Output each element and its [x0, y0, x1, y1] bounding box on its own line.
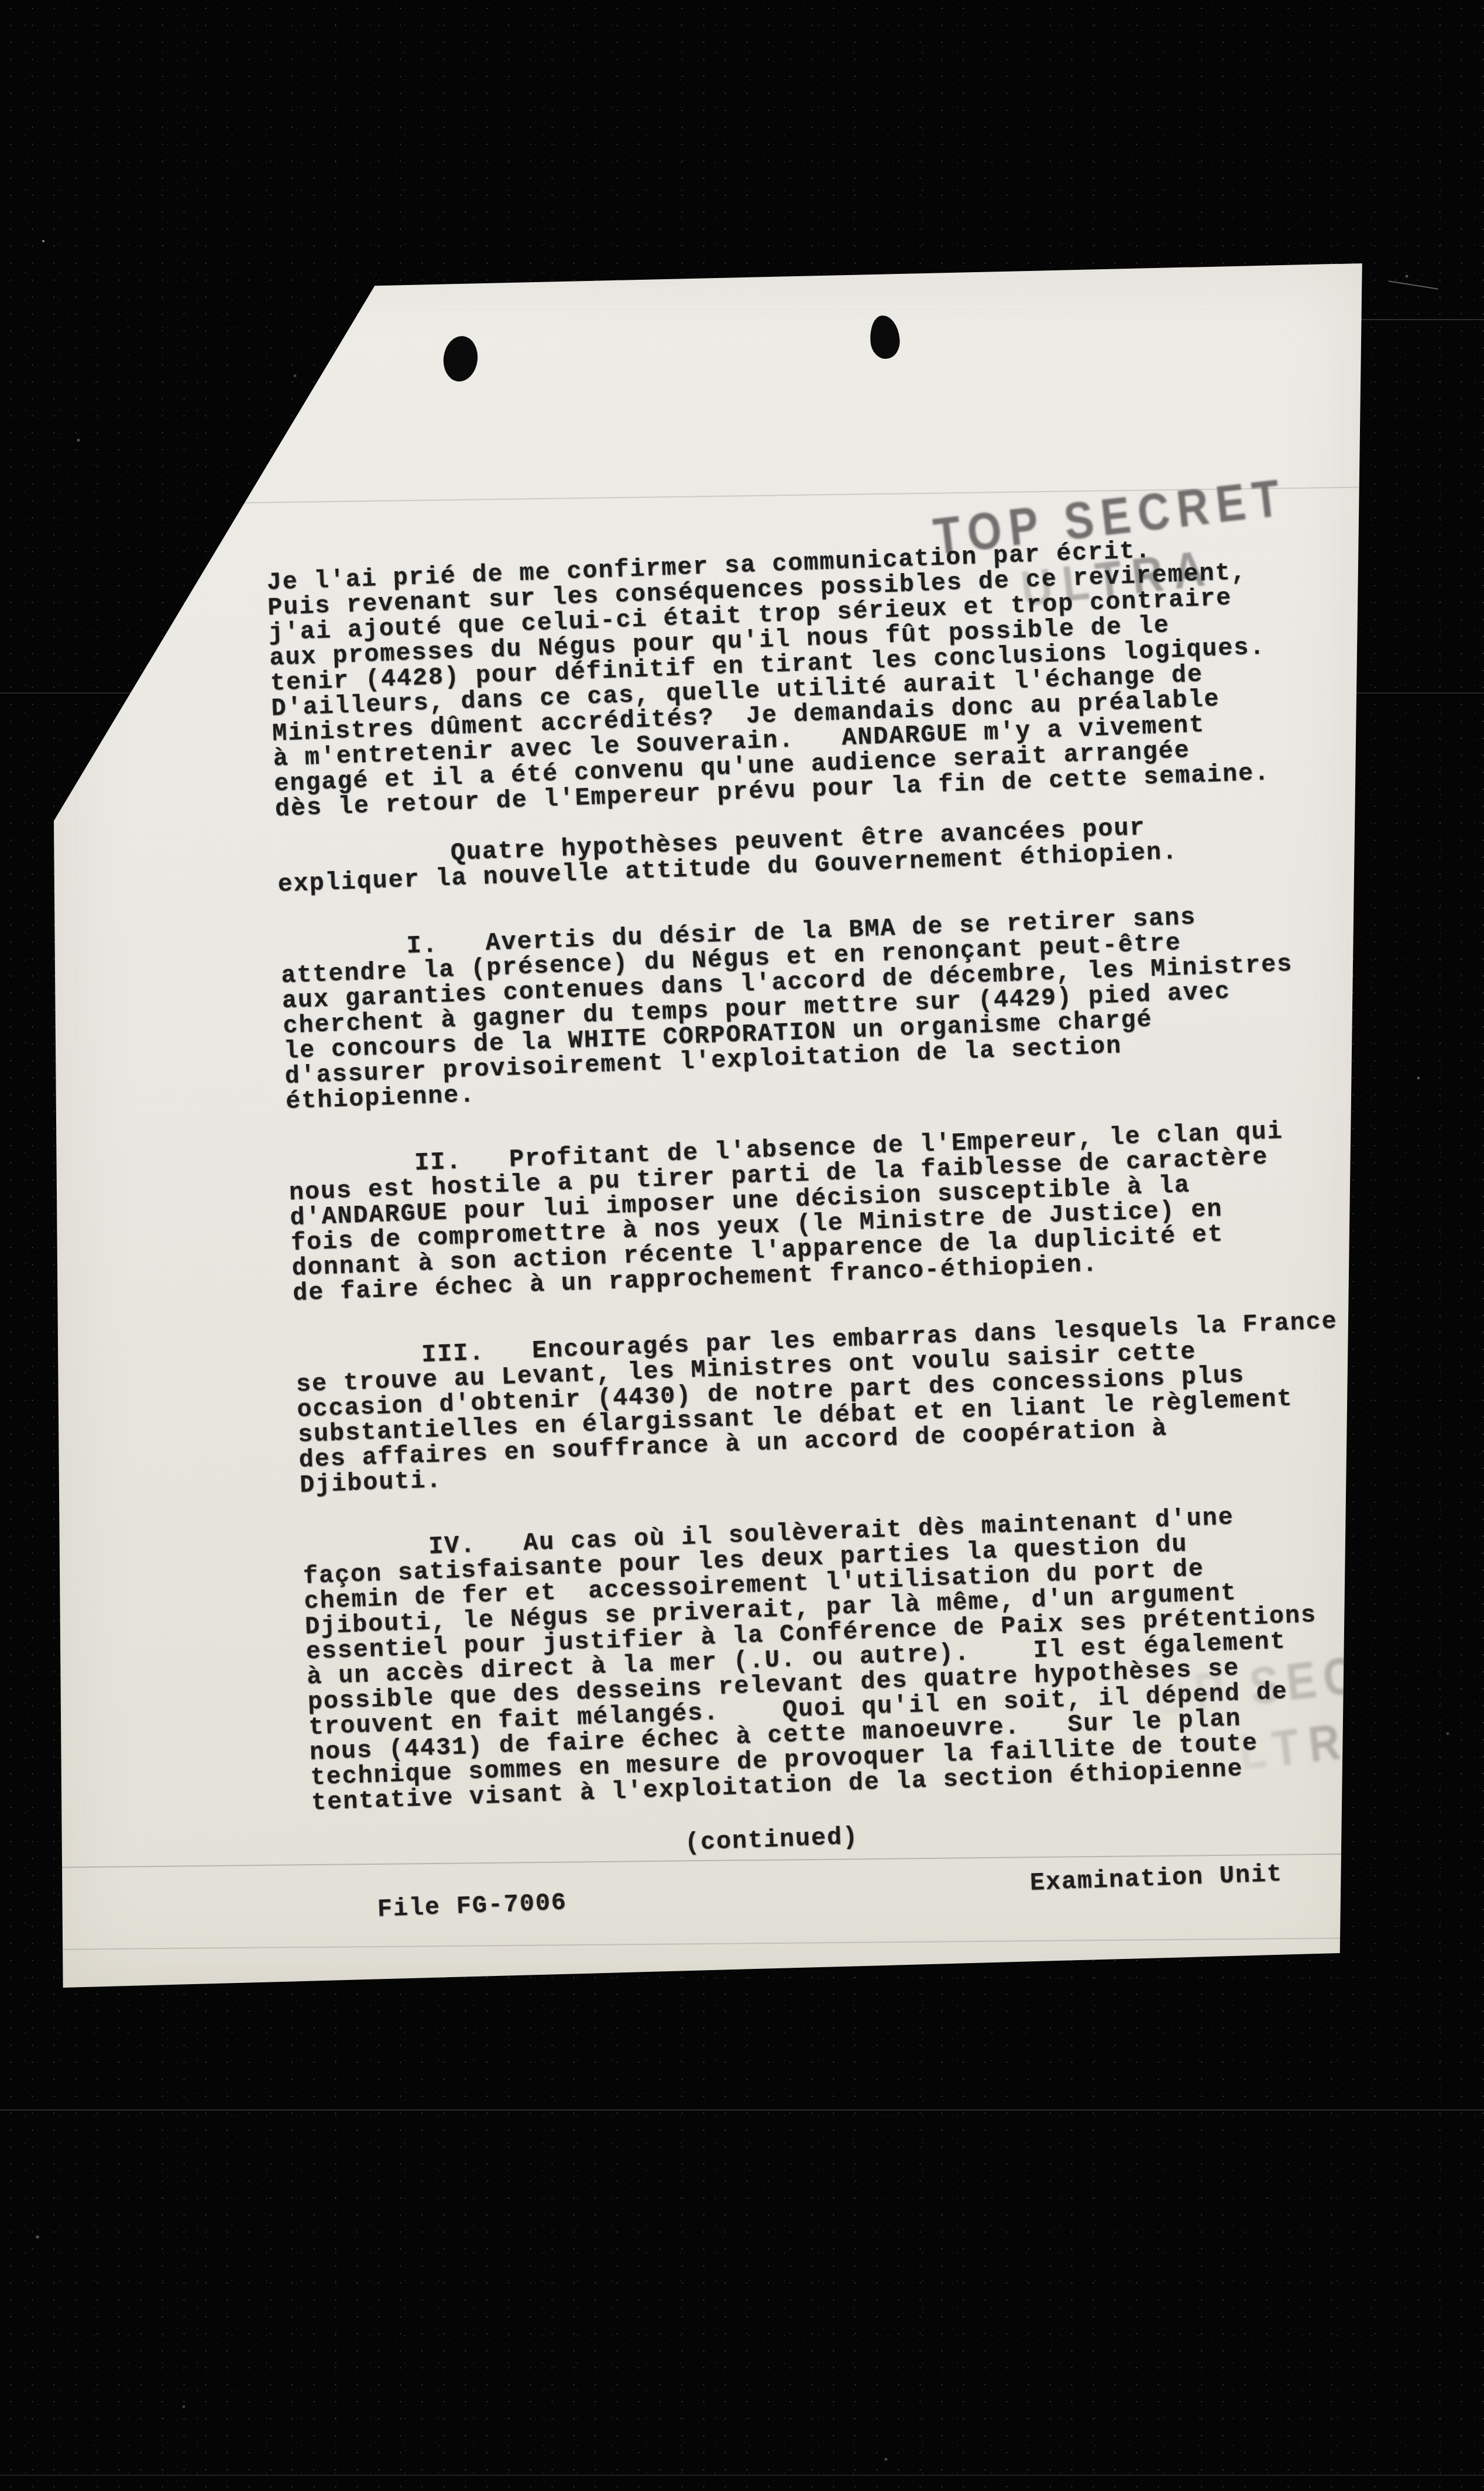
paragraph: III. Encouragés par les embarras dans le…: [295, 1308, 1365, 1498]
scanned-document-screenshot: { "colors": { "background": "#050505", "…: [0, 0, 1484, 2491]
scan-streak: [1343, 319, 1484, 320]
punch-hole-left: [441, 334, 480, 383]
typed-text-block: Je l'ai prié de me confirmer sa communic…: [266, 531, 1376, 1816]
file-number-label: File FG-7006: [377, 1890, 567, 1923]
paper-crease: [54, 1937, 1363, 1950]
scan-streak: [0, 2475, 1484, 2476]
paragraph: Je l'ai prié de me confirmer sa communic…: [266, 531, 1340, 822]
scan-streak: [0, 2109, 1484, 2111]
paragraph: II. Profitant de l'absence de l'Empereur…: [288, 1117, 1358, 1307]
paragraph: I. Avertis du désir de la BMA de se reti…: [280, 900, 1351, 1114]
paragraph: Quatre hypothèses peuvent être avancées …: [276, 808, 1342, 898]
examination-unit-label: Examination Unit: [1029, 1862, 1283, 1896]
film-speck: [42, 240, 44, 242]
document-page: TOP SECRET ULTRA TOP SECRET ULTRA Je l'a…: [54, 262, 1363, 1988]
paragraph: IV. Au cas où il soulèverait dès mainten…: [302, 1500, 1376, 1816]
punch-hole-right: [868, 314, 901, 360]
continued-note: (continued): [684, 1824, 858, 1856]
document-body: Je l'ai prié de me confirmer sa communic…: [266, 531, 1376, 1816]
